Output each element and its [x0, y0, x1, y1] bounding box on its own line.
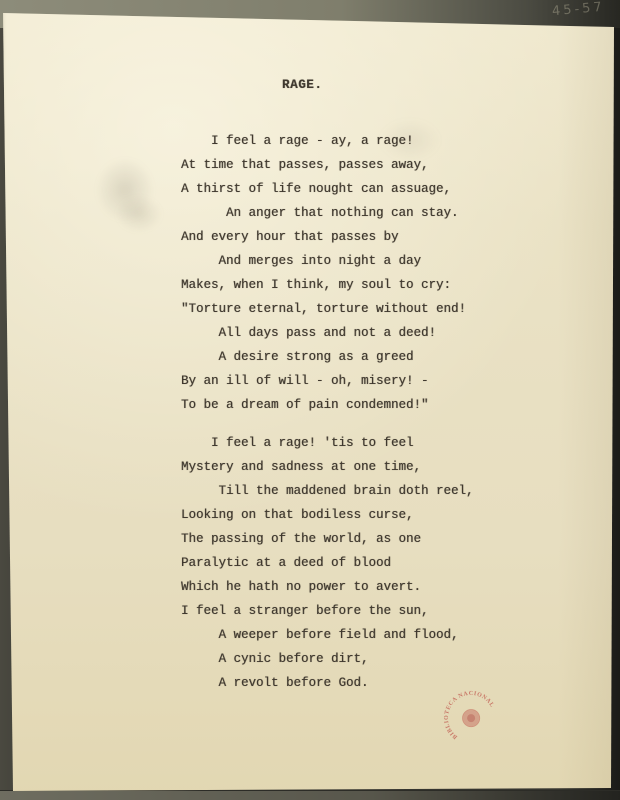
- paper-sheet: RAGE. I feel a rage - ay, a rage!At time…: [0, 0, 620, 800]
- paper-smudge: [116, 196, 162, 232]
- scanner-mat-bottom-band: [0, 791, 620, 800]
- poem-line: An anger that nothing can stay.: [181, 201, 474, 225]
- stanza: I feel a rage - ay, a rage!At time that …: [181, 129, 474, 417]
- poem-line: And every hour that passes by: [181, 225, 474, 249]
- poem-body: I feel a rage - ay, a rage!At time that …: [181, 129, 474, 695]
- poem-line: Makes, when I think, my soul to cry:: [181, 273, 474, 297]
- poem-line: A revolt before God.: [181, 671, 474, 695]
- poem-line: I feel a rage - ay, a rage!: [181, 129, 474, 153]
- poem-line: I feel a stranger before the sun,: [181, 599, 474, 623]
- paper-smudge: [96, 158, 154, 222]
- poem-line: The passing of the world, as one: [181, 527, 474, 551]
- poem-title: RAGE.: [282, 78, 323, 92]
- poem-line: To be a dream of pain condemned!": [181, 393, 474, 417]
- scanned-page: RAGE. I feel a rage - ay, a rage!At time…: [0, 0, 620, 800]
- poem-line: A desire strong as a greed: [181, 345, 474, 369]
- poem-line: "Torture eternal, torture without end!: [181, 297, 474, 321]
- stanza: I feel a rage! 'tis to feelMystery and s…: [181, 431, 474, 695]
- poem-line: A weeper before field and flood,: [181, 623, 474, 647]
- poem-line: At time that passes, passes away,: [181, 153, 474, 177]
- poem-line: Till the maddened brain doth reel,: [181, 479, 474, 503]
- poem-line: Paralytic at a deed of blood: [181, 551, 474, 575]
- poem-line: A thirst of life nought can assuage,: [181, 177, 474, 201]
- poem-line: Mystery and sadness at one time,: [181, 455, 474, 479]
- poem-line: A cynic before dirt,: [181, 647, 474, 671]
- poem-line: And merges into night a day: [181, 249, 474, 273]
- poem-line: Which he hath no power to avert.: [181, 575, 474, 599]
- poem-line: I feel a rage! 'tis to feel: [181, 431, 474, 455]
- library-stamp-icon: BIBLIOTECA NACIONAL: [436, 683, 502, 749]
- poem-line: All days pass and not a deed!: [181, 321, 474, 345]
- poem-line: By an ill of will - oh, misery! -: [181, 369, 474, 393]
- poem-line: Looking on that bodiless curse,: [181, 503, 474, 527]
